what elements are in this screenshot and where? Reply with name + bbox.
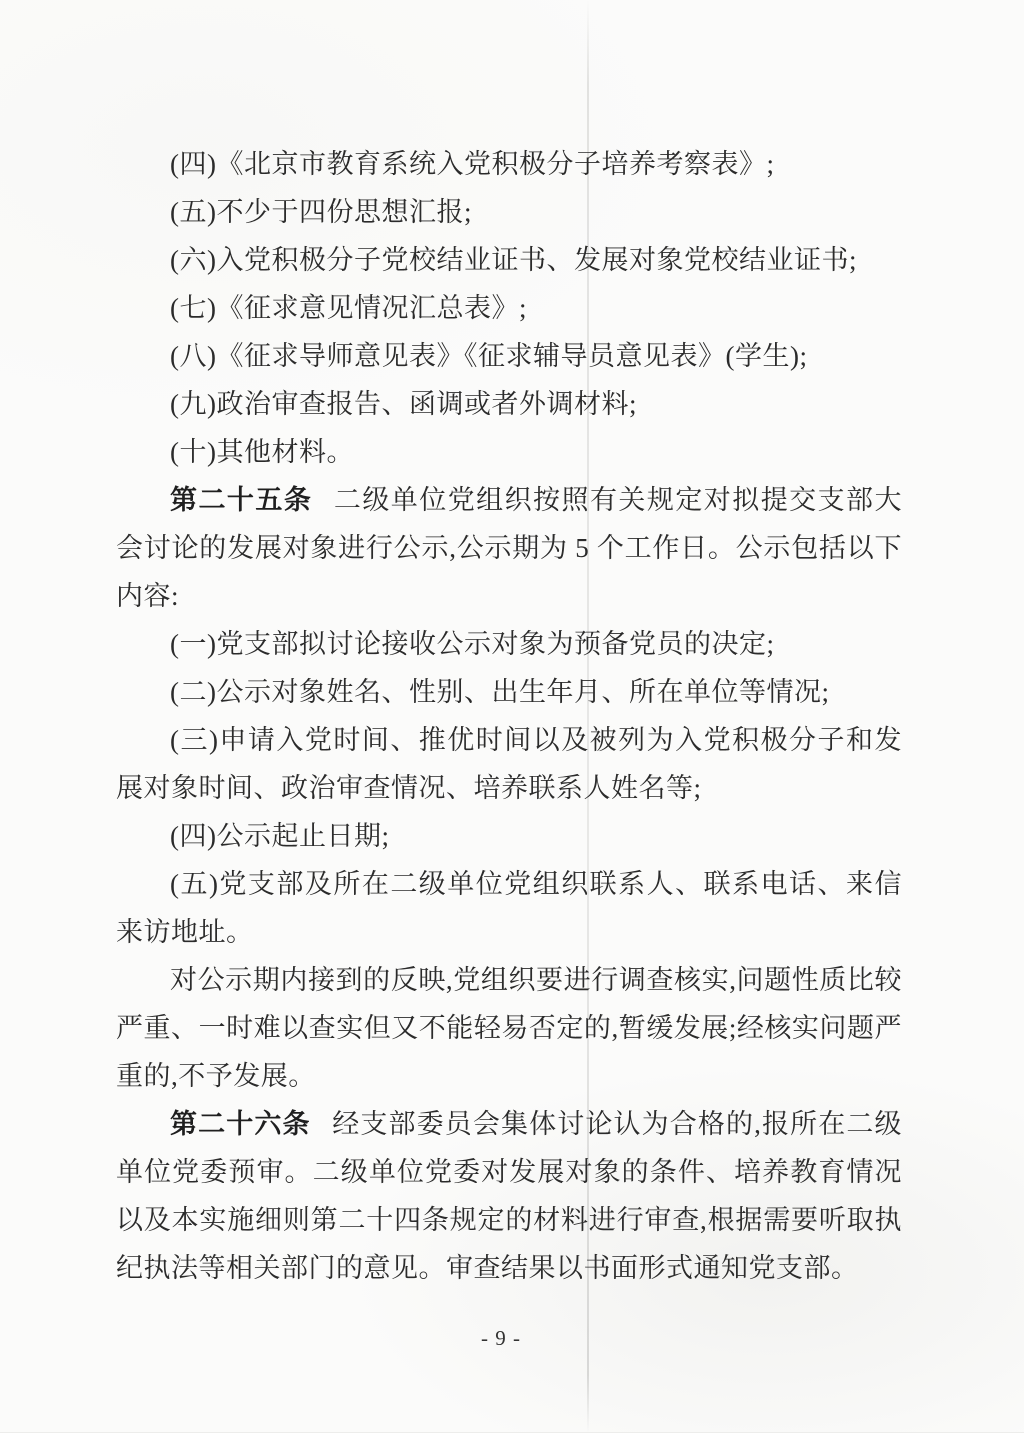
document-body: (四)《北京市教育系统入党积极分子培养考察表》; (五)不少于四份思想汇报; (… — [116, 140, 902, 1292]
item-5-thought-reports: (五)不少于四份思想汇报; — [116, 188, 902, 236]
article-25-paragraph: 第二十五条二级单位党组织按照有关规定对拟提交支部大会讨论的发展对象进行公示,公示… — [116, 476, 902, 620]
publicity-item-4-dates: (四)公示起止日期; — [116, 812, 902, 860]
article-26-heading: 第二十六条 — [170, 1109, 311, 1139]
publicity-item-5-contacts: (五)党支部及所在二级单位党组织联系人、联系电话、来信来访地址。 — [116, 860, 902, 956]
item-10-other-materials: (十)其他材料。 — [116, 428, 902, 476]
page-bottom-edge — [0, 1432, 1024, 1447]
scanned-document-page: (四)《北京市教育系统入党积极分子培养考察表》; (五)不少于四份思想汇报; (… — [0, 0, 1024, 1447]
article-26-paragraph: 第二十六条经支部委员会集体讨论认为合格的,报所在二级单位党委预审。二级单位党委对… — [116, 1100, 902, 1292]
page-number: - 9 - — [0, 1326, 1002, 1351]
item-9-political-review-report: (九)政治审查报告、函调或者外调材料; — [116, 380, 902, 428]
item-8-mentor-counselor-opinion-forms: (八)《征求导师意见表》《征求辅导员意见表》(学生); — [116, 332, 902, 380]
publicity-feedback-paragraph: 对公示期内接到的反映,党组织要进行调查核实,问题性质比较严重、一时难以查实但又不… — [116, 956, 902, 1100]
article-25-heading: 第二十五条 — [170, 485, 312, 515]
item-7-opinion-summary-form: (七)《征求意见情况汇总表》; — [116, 284, 902, 332]
item-4-training-record-form: (四)《北京市教育系统入党积极分子培养考察表》; — [116, 140, 902, 188]
publicity-item-3-timeline: (三)申请入党时间、推优时间以及被列为入党积极分子和发展对象时间、政治审查情况、… — [116, 716, 902, 812]
publicity-item-1-decision: (一)党支部拟讨论接收公示对象为预备党员的决定; — [116, 620, 902, 668]
item-6-party-school-certificates: (六)入党积极分子党校结业证书、发展对象党校结业证书; — [116, 236, 902, 284]
publicity-item-2-personal-info: (二)公示对象姓名、性别、出生年月、所在单位等情况; — [116, 668, 902, 716]
